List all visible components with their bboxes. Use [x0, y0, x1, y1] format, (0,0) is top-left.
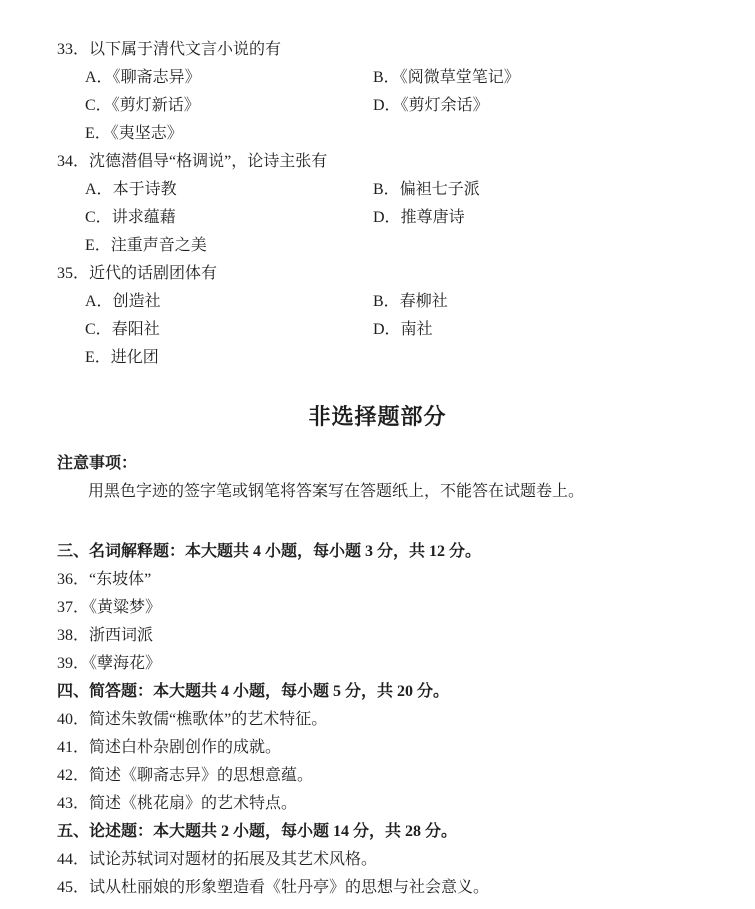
- exam-item-43: 43．简述《桃花扇》的艺术特点。: [0, 790, 755, 818]
- option-label: E．: [85, 237, 111, 254]
- question-stem-line: 33．以下属于清代文言小说的有: [0, 36, 755, 64]
- option-label: D．: [373, 97, 401, 114]
- option-text: 《阅微草堂笔记》: [400, 69, 520, 86]
- option-label: B．: [373, 181, 400, 198]
- option-text: 本于诗教: [113, 181, 177, 198]
- exam-item-42: 42．简述《聊斋志异》的思想意蕴。: [0, 762, 755, 790]
- exam-item-41: 41．简述白朴杂剧创作的成就。: [0, 734, 755, 762]
- option-a: A．本于诗教: [85, 176, 373, 204]
- option-e: E．进化团: [85, 344, 373, 372]
- option-label: C．: [85, 321, 112, 338]
- question-33: 33．以下属于清代文言小说的有 A．《聊斋志异》 B．《阅微草堂笔记》 C．《剪…: [0, 36, 755, 148]
- option-text: 注重声音之美: [111, 237, 207, 254]
- exam-page: 33．以下属于清代文言小说的有 A．《聊斋志异》 B．《阅微草堂笔记》 C．《剪…: [0, 0, 755, 902]
- question-stem-text: 以下属于清代文言小说的有: [89, 41, 281, 58]
- item-number: 38．: [57, 627, 89, 644]
- option-label: B．: [373, 69, 400, 86]
- option-text: 《剪灯新话》: [112, 97, 200, 114]
- item-number: 42．: [57, 767, 89, 784]
- item-text: 《孽海花》: [89, 655, 161, 672]
- exam-item-38: 38．浙西词派: [0, 622, 755, 650]
- question-number: 34．: [57, 153, 89, 170]
- item-text: 浙西词派: [89, 627, 153, 644]
- notice-heading: 注意事项：: [0, 450, 755, 478]
- item-text: 试从杜丽娘的形象塑造看《牡丹亭》的思想与社会意义。: [89, 879, 489, 896]
- option-text: 春柳社: [400, 293, 448, 310]
- option-e: E．注重声音之美: [85, 232, 373, 260]
- option-label: A．: [85, 293, 113, 310]
- option-c: C．讲求蕴藉: [85, 204, 373, 232]
- option-e: E．《夷坚志》: [85, 120, 373, 148]
- exam-item-44: 44．试论苏轼词对题材的拓展及其艺术风格。: [0, 846, 755, 874]
- option-row: E．进化团: [0, 344, 755, 372]
- item-number: 41．: [57, 739, 89, 756]
- option-d: D．《剪灯余话》: [373, 92, 489, 120]
- section-divider-title: 非选择题部分: [0, 400, 755, 434]
- option-label: C．: [85, 97, 112, 114]
- option-d: D．推尊唐诗: [373, 204, 465, 232]
- item-number: 43．: [57, 795, 89, 812]
- exam-item-37: 37．《黄粱梦》: [0, 594, 755, 622]
- exam-item-45: 45．试从杜丽娘的形象塑造看《牡丹亭》的思想与社会意义。: [0, 874, 755, 902]
- option-b: B．春柳社: [373, 288, 448, 316]
- option-text: 《剪灯余话》: [401, 97, 489, 114]
- option-label: E．: [85, 125, 111, 142]
- section-heading-4: 四、简答题：本大题共 4 小题，每小题 5 分，共 20 分。: [0, 678, 755, 706]
- option-label: A．: [85, 181, 113, 198]
- item-number: 44．: [57, 851, 89, 868]
- option-row: E．注重声音之美: [0, 232, 755, 260]
- item-text: 简述朱敦儒“樵歌体”的艺术特征。: [89, 711, 327, 728]
- option-label: D．: [373, 209, 401, 226]
- question-number: 33．: [57, 41, 89, 58]
- item-text: 试论苏轼词对题材的拓展及其艺术风格。: [89, 851, 377, 868]
- option-row: C．《剪灯新话》 D．《剪灯余话》: [0, 92, 755, 120]
- option-c: C．《剪灯新话》: [85, 92, 373, 120]
- option-text: 《聊斋志异》: [113, 69, 201, 86]
- option-row: A．创造社 B．春柳社: [0, 288, 755, 316]
- option-text: 春阳社: [112, 321, 160, 338]
- option-row: E．《夷坚志》: [0, 120, 755, 148]
- question-stem-line: 35．近代的话剧团体有: [0, 260, 755, 288]
- item-number: 37．: [57, 599, 89, 616]
- option-text: 《夷坚志》: [111, 125, 183, 142]
- option-label: B．: [373, 293, 400, 310]
- question-number: 35．: [57, 265, 89, 282]
- item-text: 简述《聊斋志异》的思想意蕴。: [89, 767, 313, 784]
- item-text: 《黄粱梦》: [89, 599, 161, 616]
- option-text: 推尊唐诗: [401, 209, 465, 226]
- option-text: 偏袒七子派: [400, 181, 480, 198]
- option-label: C．: [85, 209, 112, 226]
- exam-item-40: 40．简述朱敦儒“樵歌体”的艺术特征。: [0, 706, 755, 734]
- question-stem-line: 34．沈德潜倡导“格调说”，论诗主张有: [0, 148, 755, 176]
- option-a: A．创造社: [85, 288, 373, 316]
- question-stem-text: 近代的话剧团体有: [89, 265, 217, 282]
- option-c: C．春阳社: [85, 316, 373, 344]
- option-label: D．: [373, 321, 401, 338]
- option-row: C．讲求蕴藉 D．推尊唐诗: [0, 204, 755, 232]
- option-label: A．: [85, 69, 113, 86]
- option-row: A．本于诗教 B．偏袒七子派: [0, 176, 755, 204]
- option-b: B．偏袒七子派: [373, 176, 480, 204]
- item-text: 简述《桃花扇》的艺术特点。: [89, 795, 297, 812]
- exam-item-39: 39．《孽海花》: [0, 650, 755, 678]
- item-text: “东坡体”: [89, 571, 151, 588]
- section-heading-5: 五、论述题：本大题共 2 小题，每小题 14 分，共 28 分。: [0, 818, 755, 846]
- question-35: 35．近代的话剧团体有 A．创造社 B．春柳社 C．春阳社 D．南社 E．进化团: [0, 260, 755, 372]
- option-row: C．春阳社 D．南社: [0, 316, 755, 344]
- option-a: A．《聊斋志异》: [85, 64, 373, 92]
- notice-body: 用黑色字迹的签字笔或钢笔将答案写在答题纸上，不能答在试题卷上。: [0, 478, 755, 506]
- item-number: 39．: [57, 655, 89, 672]
- option-text: 进化团: [111, 349, 159, 366]
- option-text: 讲求蕴藉: [112, 209, 176, 226]
- section-heading-3: 三、名词解释题：本大题共 4 小题，每小题 3 分，共 12 分。: [0, 538, 755, 566]
- item-number: 40．: [57, 711, 89, 728]
- item-number: 45．: [57, 879, 89, 896]
- option-text: 创造社: [113, 293, 161, 310]
- option-d: D．南社: [373, 316, 433, 344]
- option-b: B．《阅微草堂笔记》: [373, 64, 520, 92]
- option-text: 南社: [401, 321, 433, 338]
- option-row: A．《聊斋志异》 B．《阅微草堂笔记》: [0, 64, 755, 92]
- question-34: 34．沈德潜倡导“格调说”，论诗主张有 A．本于诗教 B．偏袒七子派 C．讲求蕴…: [0, 148, 755, 260]
- exam-item-36: 36．“东坡体”: [0, 566, 755, 594]
- question-stem-text: 沈德潜倡导“格调说”，论诗主张有: [89, 153, 327, 170]
- item-number: 36．: [57, 571, 89, 588]
- item-text: 简述白朴杂剧创作的成就。: [89, 739, 281, 756]
- option-label: E．: [85, 349, 111, 366]
